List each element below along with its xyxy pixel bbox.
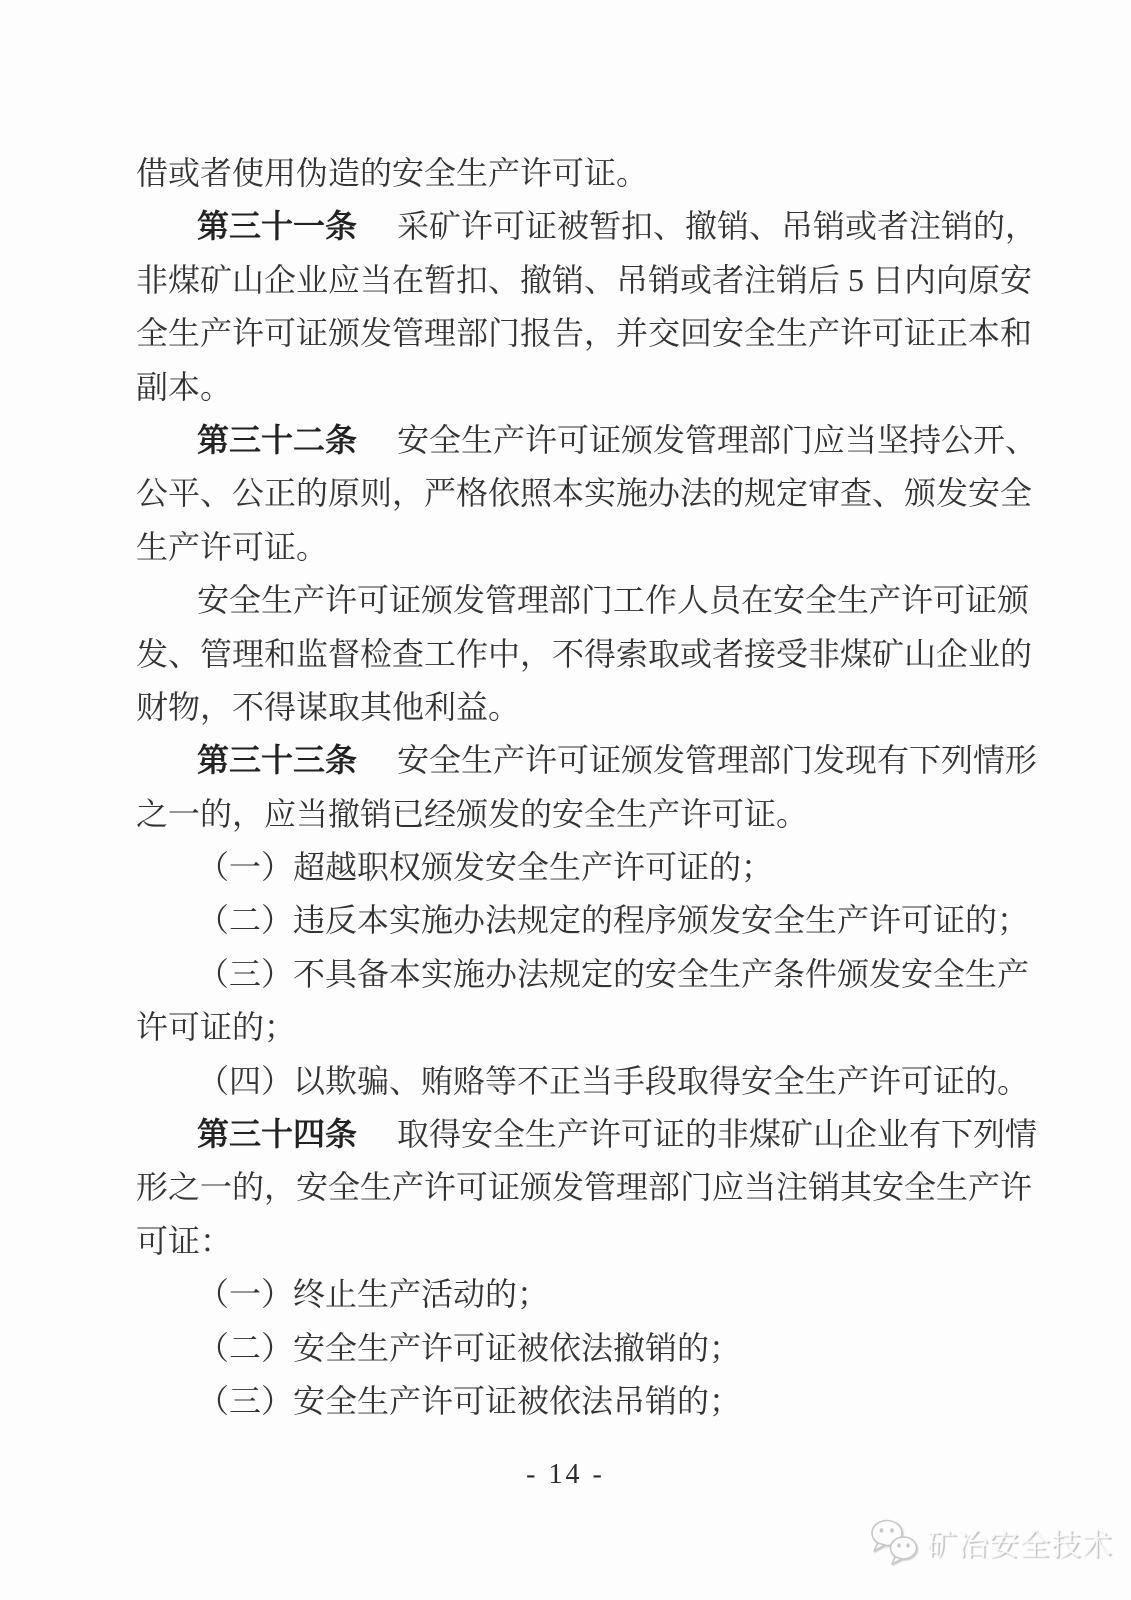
text-line: （二）违反本实施办法规定的程序颁发安全生产许可证的；	[136, 894, 1004, 947]
text-line: 第三十二条安全生产许可证颁发管理部门应当坚持公开、	[136, 414, 1004, 467]
text-line: 生产许可证。	[136, 521, 1004, 574]
text-line: 许可证的；	[136, 1001, 1004, 1054]
watermark: 矿冶安全技术	[869, 1518, 1113, 1566]
article-number: 第三十一条	[197, 208, 357, 244]
line-text: 许可证的；	[136, 1009, 296, 1045]
line-text: 取得安全生产许可证的非煤矿山企业有下列情	[397, 1116, 1037, 1152]
line-text: 形之一的，安全生产许可证颁发管理部门应当注销其安全生产许	[136, 1169, 1032, 1205]
text-line: 全生产许可证颁发管理部门报告，并交回安全生产许可证正本和	[136, 307, 1004, 360]
text-line: 第三十一条采矿许可证被暂扣、撤销、吊销或者注销的，	[136, 200, 1004, 253]
line-text: 副本。	[136, 369, 232, 405]
line-text: （二）安全生产许可证被依法撤销的；	[197, 1330, 741, 1366]
text-line: （四）以欺骗、贿赂等不正当手段取得安全生产许可证的。	[136, 1055, 1004, 1108]
line-text: （四）以欺骗、贿赂等不正当手段取得安全生产许可证的。	[197, 1063, 1029, 1099]
text-line: 安全生产许可证颁发管理部门工作人员在安全生产许可证颁	[136, 574, 1004, 627]
line-text: 发、管理和监督检查工作中，不得索取或者接受非煤矿山企业的	[136, 636, 1032, 672]
text-line: 形之一的，安全生产许可证颁发管理部门应当注销其安全生产许	[136, 1161, 1004, 1214]
line-text: 财物，不得谋取其他利益。	[136, 689, 520, 725]
line-text: 之一的，应当撤销已经颁发的安全生产许可证。	[136, 796, 808, 832]
text-line: 之一的，应当撤销已经颁发的安全生产许可证。	[136, 788, 1004, 841]
line-text: （三）安全生产许可证被依法吊销的；	[197, 1383, 741, 1419]
text-line: 财物，不得谋取其他利益。	[136, 681, 1004, 734]
line-text: （一）超越职权颁发安全生产许可证的；	[197, 849, 773, 885]
text-line: （一）终止生产活动的；	[136, 1268, 1004, 1321]
line-text: 可证：	[136, 1223, 232, 1259]
text-line: 公平、公正的原则，严格依照本实施办法的规定审查、颁发安全	[136, 467, 1004, 520]
text-line: 可证：	[136, 1215, 1004, 1268]
text-line: 发、管理和监督检查工作中，不得索取或者接受非煤矿山企业的	[136, 628, 1004, 681]
line-text: 生产许可证。	[136, 529, 328, 565]
line-text: （一）终止生产活动的；	[197, 1276, 549, 1312]
text-line: （三）不具备本实施办法规定的安全生产条件颁发安全生产	[136, 948, 1004, 1001]
line-text: 非煤矿山企业应当在暂扣、撤销、吊销或者注销后 5 日内向原安	[136, 262, 1032, 298]
text-line: 副本。	[136, 361, 1004, 414]
line-text: 采矿许可证被暂扣、撤销、吊销或者注销的，	[397, 208, 1037, 244]
text-line: 非煤矿山企业应当在暂扣、撤销、吊销或者注销后 5 日内向原安	[136, 254, 1004, 307]
document-page: 借或者使用伪造的安全生产许可证。 第三十一条采矿许可证被暂扣、撤销、吊销或者注销…	[0, 0, 1131, 1600]
page-number: - 14 -	[0, 1459, 1131, 1491]
text-line: 第三十四条取得安全生产许可证的非煤矿山企业有下列情	[136, 1108, 1004, 1161]
text-line: 第三十三条安全生产许可证颁发管理部门发现有下列情形	[136, 734, 1004, 787]
line-text: 安全生产许可证颁发管理部门工作人员在安全生产许可证颁	[197, 582, 1029, 618]
line-text: 全生产许可证颁发管理部门报告，并交回安全生产许可证正本和	[136, 315, 1032, 351]
text-line: （一）超越职权颁发安全生产许可证的；	[136, 841, 1004, 894]
line-text: 安全生产许可证颁发管理部门应当坚持公开、	[397, 422, 1037, 458]
line-text: （二）违反本实施办法规定的程序颁发安全生产许可证的；	[197, 902, 1029, 938]
line-text: （三）不具备本实施办法规定的安全生产条件颁发安全生产	[197, 956, 1029, 992]
watermark-label: 矿冶安全技术	[927, 1520, 1113, 1564]
document-body: 借或者使用伪造的安全生产许可证。 第三十一条采矿许可证被暂扣、撤销、吊销或者注销…	[136, 147, 1004, 1428]
text-line: （三）安全生产许可证被依法吊销的；	[136, 1375, 1004, 1428]
article-number: 第三十四条	[197, 1116, 357, 1152]
article-number: 第三十二条	[197, 422, 357, 458]
wechat-icon	[869, 1518, 921, 1566]
line-text: 借或者使用伪造的安全生产许可证。	[136, 155, 648, 191]
article-number: 第三十三条	[197, 742, 357, 778]
text-line: （二）安全生产许可证被依法撤销的；	[136, 1322, 1004, 1375]
line-text: 安全生产许可证颁发管理部门发现有下列情形	[397, 742, 1037, 778]
line-text: 公平、公正的原则，严格依照本实施办法的规定审查、颁发安全	[136, 475, 1032, 511]
text-line: 借或者使用伪造的安全生产许可证。	[136, 147, 1004, 200]
